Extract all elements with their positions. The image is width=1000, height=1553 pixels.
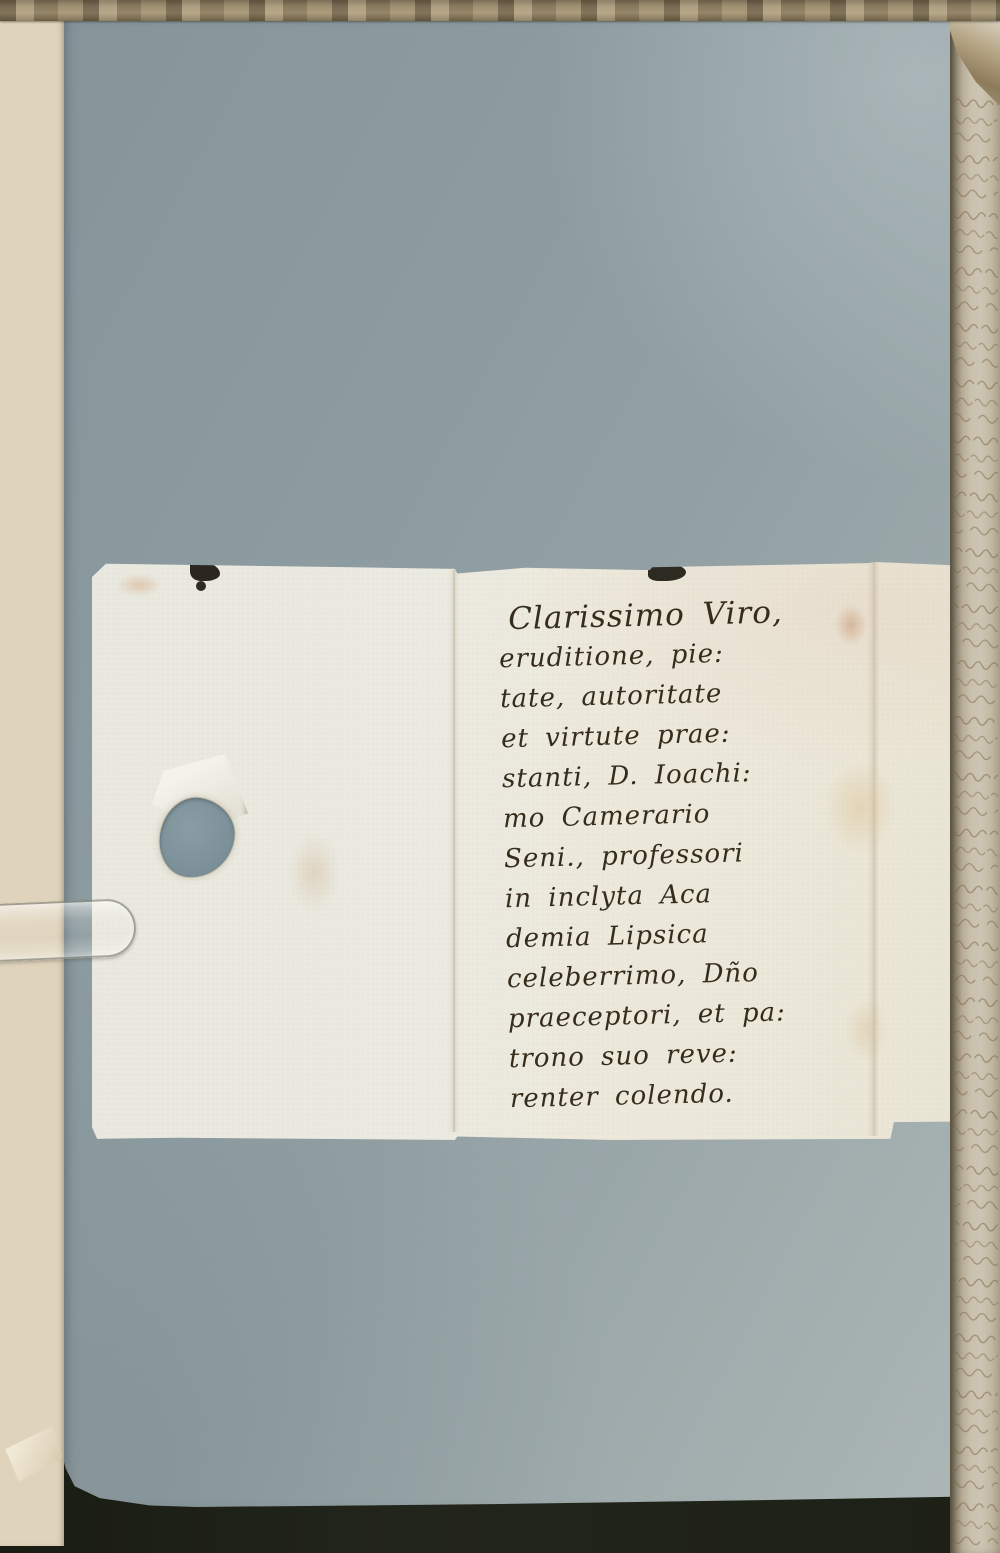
- ink-blot: [190, 563, 220, 581]
- ink-blot: [196, 581, 206, 591]
- binding-fold-tab: [3, 1425, 64, 1483]
- mounted-letter: Clarissimo Viro, eruditione, pie: tate, …: [92, 562, 958, 1140]
- binding-edge-strip: [0, 16, 64, 1546]
- manuscript-photo: Clarissimo Viro, eruditione, pie: tate, …: [0, 0, 1000, 1553]
- stain: [106, 568, 172, 602]
- book-top-edge: [0, 0, 1000, 21]
- address-handwriting: Clarissimo Viro, eruditione, pie: tate, …: [498, 589, 941, 1119]
- stain: [276, 814, 352, 932]
- ink-blot: [648, 565, 686, 581]
- adjacent-page-strip: [950, 14, 1000, 1553]
- letter-fold-crease: [448, 570, 460, 1132]
- plastic-mounting-clip: [0, 898, 137, 962]
- handwriting-texture: [952, 92, 998, 1552]
